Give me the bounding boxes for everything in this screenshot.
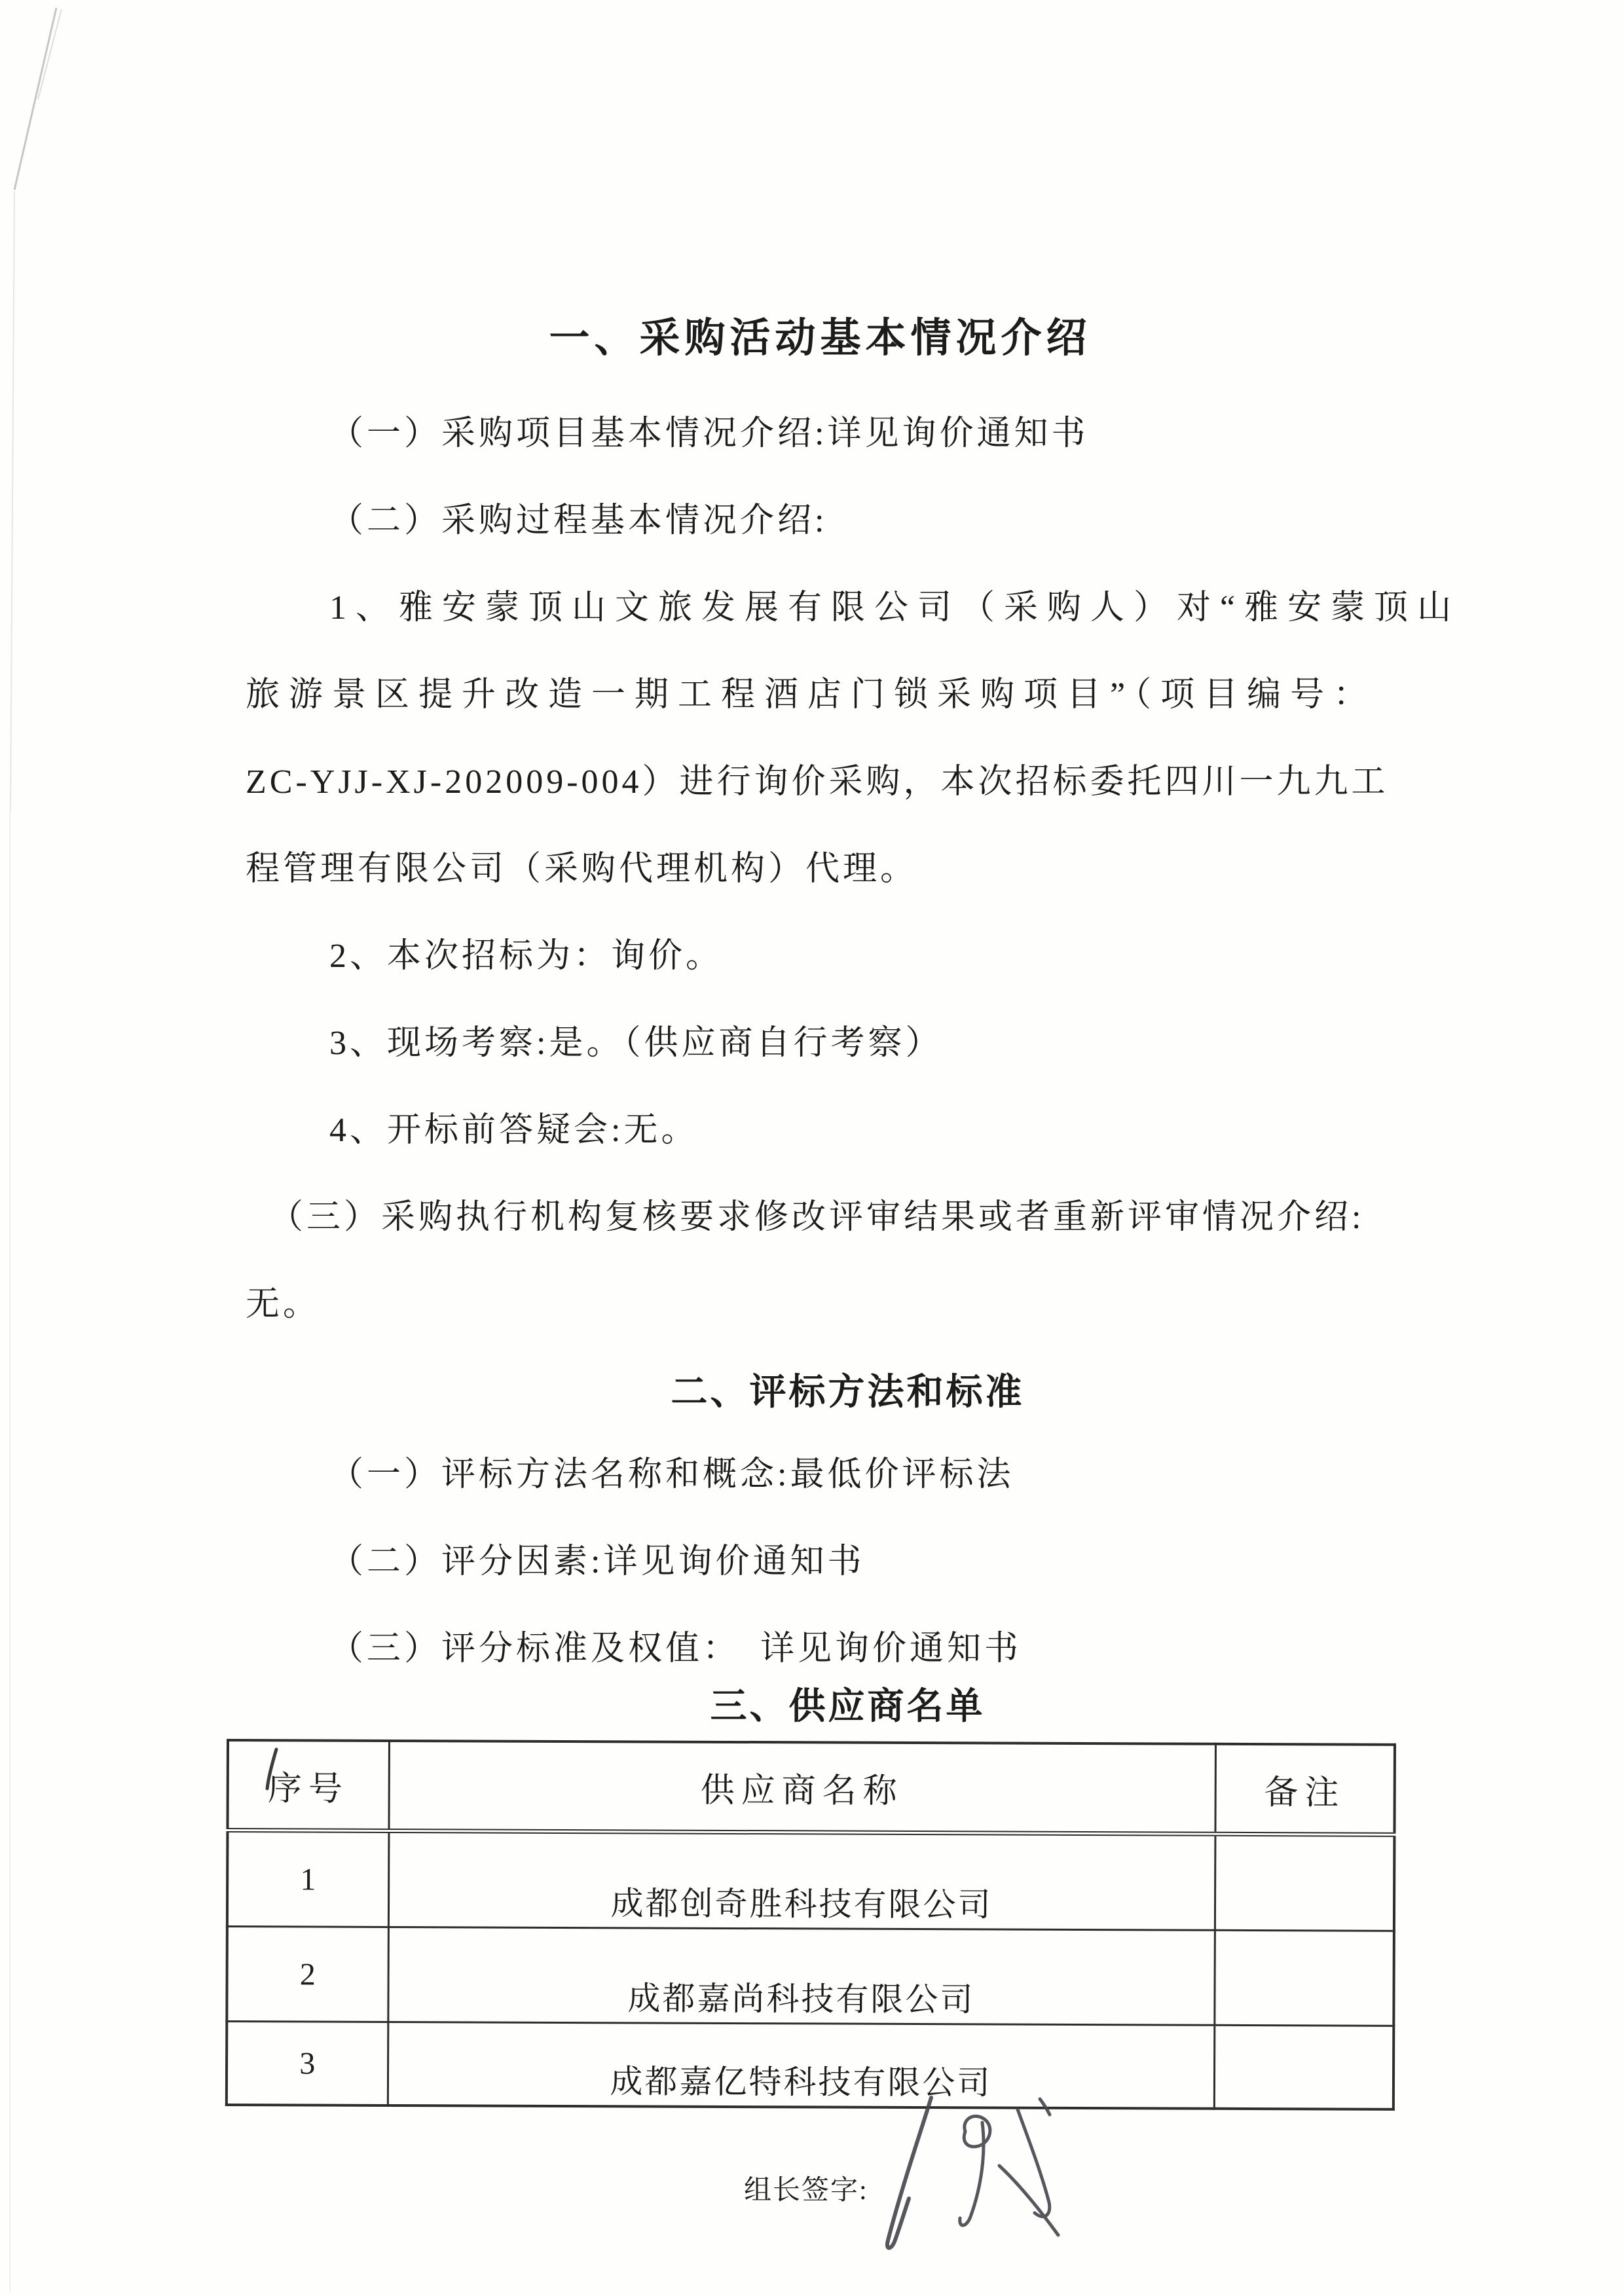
supplier-no: 1	[227, 1831, 389, 1927]
table-header-no: 序号	[227, 1740, 389, 1831]
section-heading-2: 二、评标方法和标准	[273, 1363, 1422, 1415]
paragraph-line: （一）采购项目基本情况介绍:详见询价通知书	[246, 386, 1398, 473]
supplier-note	[1214, 2025, 1393, 2109]
paragraph-line: 程管理有限公司（采购代理机构）代理。	[246, 822, 1398, 909]
paragraph-line: 旅游景区提升改造一期工程酒店门锁采购项目”（项目编号：	[246, 647, 1398, 735]
table-header-row: 序号 供应商名称 备注	[227, 1740, 1395, 1834]
paragraph-line: （一）评标方法名称和概念:最低价评标法	[246, 1427, 1398, 1514]
section-heading-3: 三、供应商名单	[273, 1677, 1422, 1730]
supplier-name: 成都创奇胜科技有限公司	[388, 1831, 1215, 1930]
paragraph-line: （二）采购过程基本情况介绍:	[246, 473, 1398, 560]
table-row: 1 成都创奇胜科技有限公司	[227, 1831, 1395, 1931]
group-leader-signature-label: 组长签字:	[744, 2168, 868, 2208]
paragraph-line: （二）评分因素:详见询价通知书	[246, 1514, 1398, 1601]
table-row: 2 成都嘉尚科技有限公司	[227, 1927, 1394, 2026]
section-2-paragraphs: （一）评标方法名称和概念:最低价评标法 （二）评分因素:详见询价通知书 （三）评…	[246, 1427, 1398, 1688]
table-header-note: 备注	[1215, 1744, 1395, 1835]
leader-signature	[863, 2086, 1073, 2269]
paragraph-line: 3、现场考察:是。（供应商自行考察）	[246, 996, 1398, 1083]
pen-tick-artifact	[257, 1745, 289, 1798]
scanned-document-page: 一、采购活动基本情况介绍 （一）采购项目基本情况介绍:详见询价通知书 （二）采购…	[0, 0, 1624, 2296]
paragraph-line: 2、本次招标为：询价。	[246, 909, 1398, 996]
supplier-table: 序号 供应商名称 备注 1 成都创奇胜科技有限公司 2 成都嘉尚科技有限公司 3…	[225, 1739, 1396, 2111]
page-edge-shadow	[9, 812, 10, 2291]
scan-fold-artifact	[0, 0, 144, 818]
paragraph-line: 1、雅安蒙顶山文旅发展有限公司（采购人）对“雅安蒙顶山	[246, 560, 1398, 647]
supplier-note	[1215, 1834, 1395, 1931]
supplier-name: 成都嘉尚科技有限公司	[388, 1927, 1215, 2025]
section-1-paragraphs: （一）采购项目基本情况介绍:详见询价通知书 （二）采购过程基本情况介绍: 1、雅…	[246, 386, 1398, 1344]
paragraph-line: 无。	[246, 1257, 1398, 1344]
section-heading-1: 一、采购活动基本情况介绍	[246, 305, 1395, 363]
paragraph-line: （三）采购执行机构复核要求修改评审结果或者重新评审情况介绍:	[246, 1170, 1398, 1257]
paragraph-line: ZC-YJJ-XJ-202009-004）进行询价采购，本次招标委托四川一九九工	[246, 735, 1398, 822]
supplier-note	[1214, 1930, 1394, 2026]
paragraph-line: 4、开标前答疑会:无。	[246, 1083, 1398, 1170]
supplier-no: 2	[227, 1927, 388, 2022]
supplier-name: 成都嘉亿特科技有限公司	[388, 2022, 1214, 2108]
table-row: 3 成都嘉亿特科技有限公司	[227, 2022, 1393, 2109]
paragraph-line: （三）评分标准及权值： 详见询价通知书	[246, 1601, 1398, 1688]
supplier-no: 3	[227, 2022, 388, 2105]
table-header-name: 供应商名称	[388, 1741, 1215, 1834]
